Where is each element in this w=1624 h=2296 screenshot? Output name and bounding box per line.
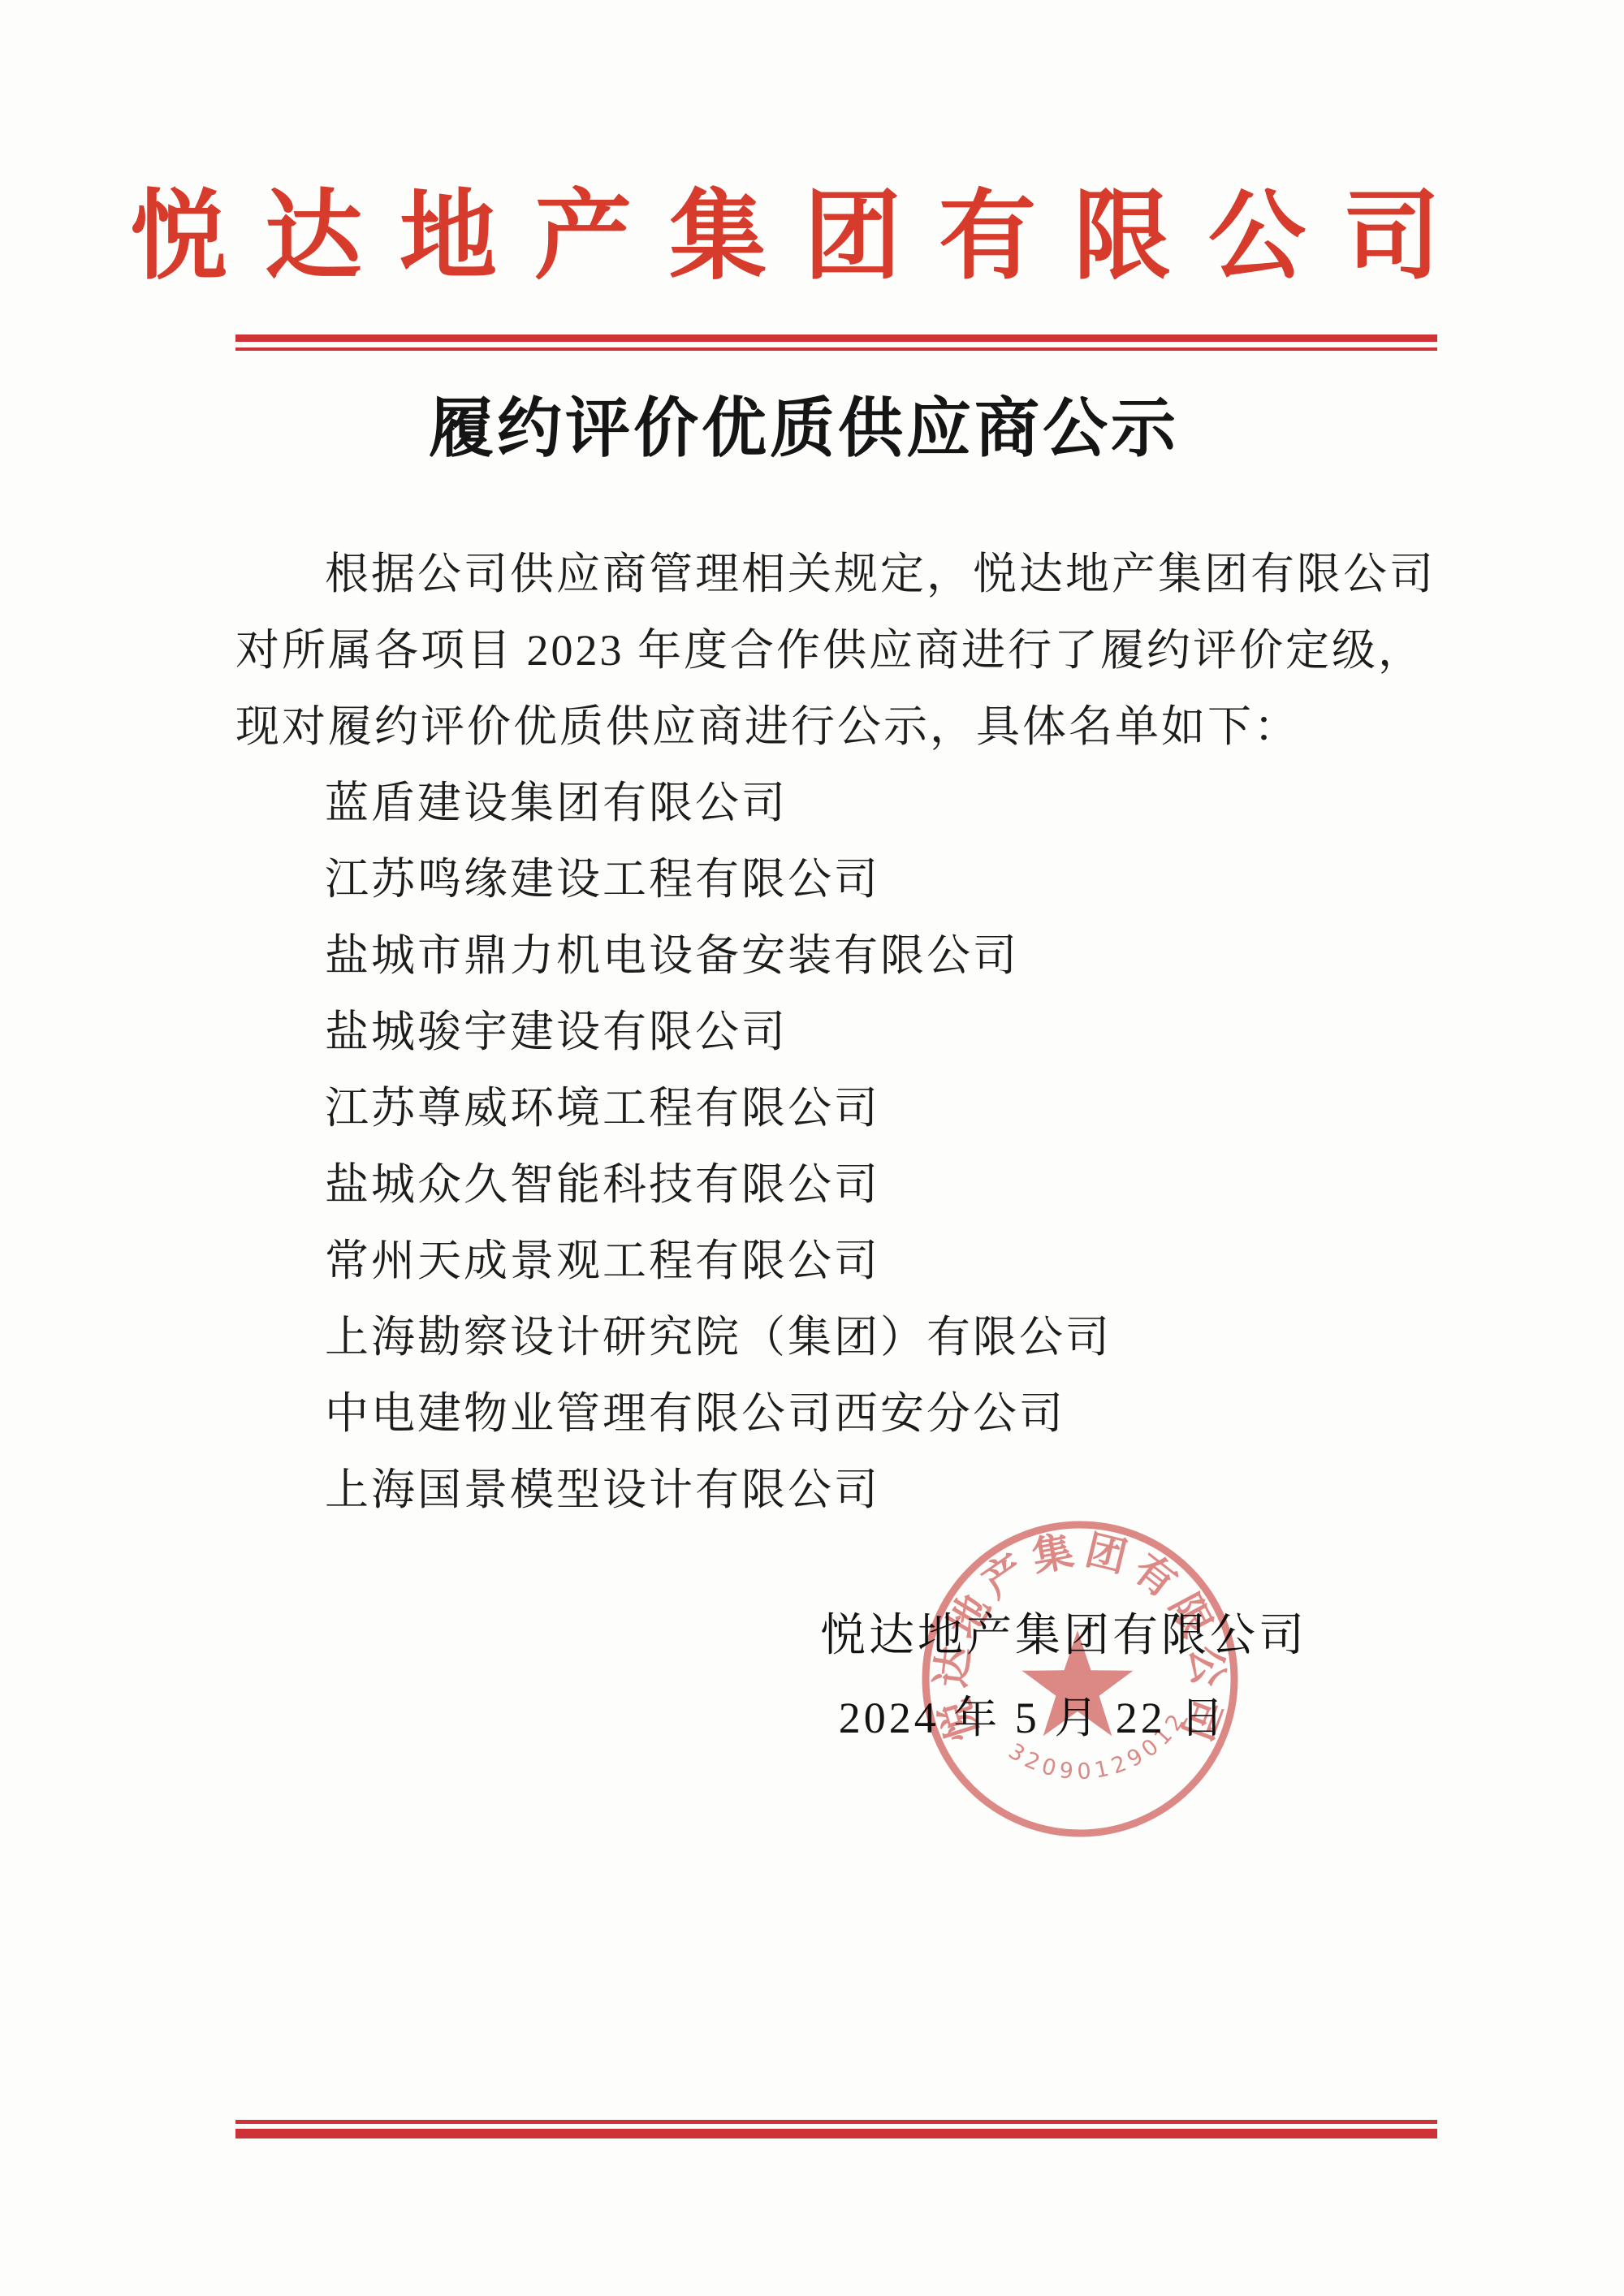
supplier-list-item: 盐城众久智能科技有限公司 xyxy=(235,1146,1470,1223)
notice-body: 根据公司供应商管理相关规定，悦达地产集团有限公司 对所属各项目 2023 年度合… xyxy=(235,536,1470,1528)
supplier-list-item: 盐城市鼎力机电设备安装有限公司 xyxy=(235,917,1470,994)
letterhead-rule-thick xyxy=(235,334,1437,342)
footer-rule-thick xyxy=(235,2129,1437,2138)
notice-title: 履约评价优质供应商公示 xyxy=(0,393,1608,466)
supplier-list-item: 江苏鸣缘建设工程有限公司 xyxy=(235,841,1470,917)
supplier-list-item: 江苏尊威环境工程有限公司 xyxy=(235,1070,1470,1146)
supplier-list-item: 上海国景模型设计有限公司 xyxy=(235,1452,1470,1528)
letterhead-company-name: 悦达地产集团有限公司 xyxy=(0,183,1608,291)
paragraph-line: 对所属各项目 2023 年度合作供应商进行了履约评价定级， xyxy=(235,612,1470,688)
supplier-list-item: 中电建物业管理有限公司西安分公司 xyxy=(235,1375,1470,1452)
official-notice-page: 悦达地产集团有限公司 履约评价优质供应商公示 根据公司供应商管理相关规定，悦达地… xyxy=(0,0,1624,2296)
supplier-list-item: 盐城骏宇建设有限公司 xyxy=(235,994,1470,1070)
letterhead-rule-thin xyxy=(235,347,1437,351)
supplier-list-item: 常州天成景观工程有限公司 xyxy=(235,1223,1470,1299)
supplier-list-item: 蓝盾建设集团有限公司 xyxy=(235,765,1470,841)
supplier-list-item: 上海勘察设计研究院（集团）有限公司 xyxy=(235,1299,1470,1375)
seal-star-icon xyxy=(1022,1630,1134,1736)
paragraph-line: 现对履约评价优质供应商进行公示，具体名单如下： xyxy=(235,688,1470,765)
paragraph-line: 根据公司供应商管理相关规定，悦达地产集团有限公司 xyxy=(235,536,1470,612)
company-seal-stamp: 悦达地产集团有限公司 3209012901288 xyxy=(918,1517,1242,1841)
footer-rule-thin xyxy=(235,2120,1437,2124)
